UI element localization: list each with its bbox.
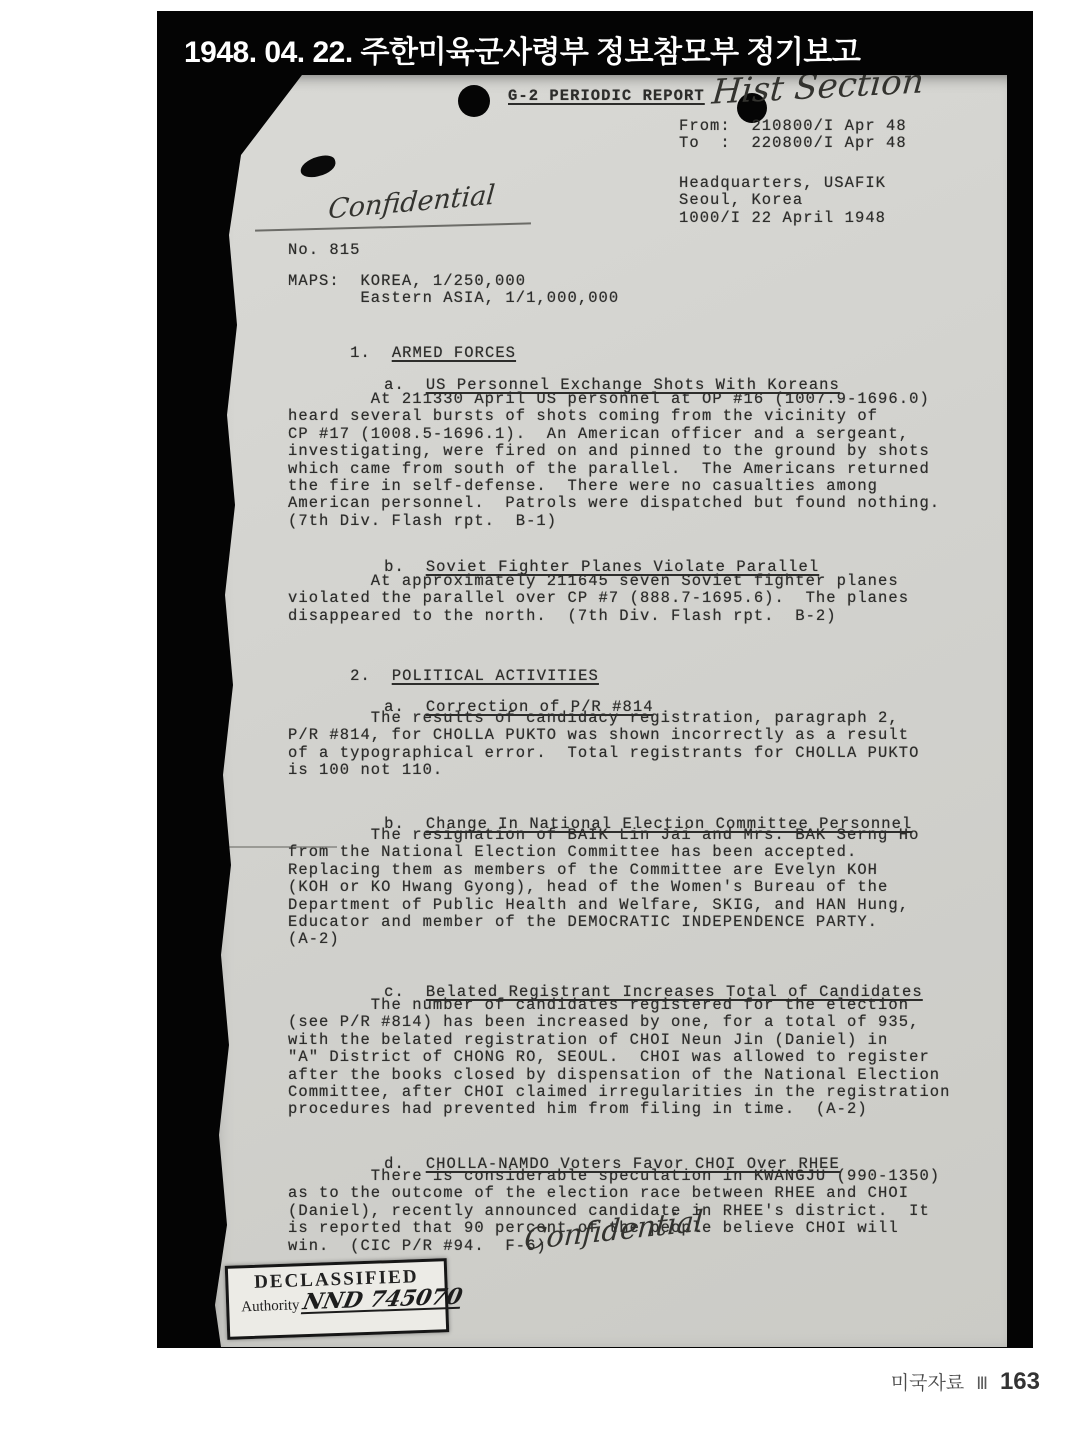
- strike-line: [255, 222, 531, 231]
- item-2c-body: The number of candidates registered for …: [288, 997, 951, 1119]
- footer-page-number: 163: [1000, 1368, 1040, 1396]
- report-period: From: 210800/I Apr 48 To : 220800/I Apr …: [679, 118, 907, 153]
- declassified-stamp: DECLASSIFIED AuthorityNND 745070: [225, 1258, 449, 1340]
- document-caption: 1948. 04. 22. 주한미육군사령부 정보참모부 정기보고: [184, 27, 860, 71]
- item-1b-body: At approximately 211645 seven Soviet fig…: [288, 573, 909, 625]
- stamp-authority-label: Authority: [241, 1297, 300, 1315]
- report-title: G-2 PERIODIC REPORT: [508, 88, 705, 105]
- footer-source-label: 미국자료: [891, 1368, 964, 1395]
- item-2a-body: The results of candidacy registration, p…: [288, 710, 919, 780]
- ink-blot-icon: [298, 153, 338, 180]
- paper-crease: [207, 846, 337, 848]
- footer-volume-numeral: Ⅲ: [976, 1374, 988, 1394]
- maps-reference: MAPS: KOREA, 1/250,000 Eastern ASIA, 1/1…: [288, 273, 619, 308]
- page-footer: 미국자료 Ⅲ 163: [891, 1368, 1040, 1396]
- stamp-authority-value-handwritten: NND 745070: [301, 1287, 464, 1315]
- item-1a-body: At 211330 April US personnel at OP #16 (…: [288, 391, 940, 530]
- paper-page: G-2 PERIODIC REPORT Hist Section From: 2…: [207, 75, 1007, 1347]
- handwritten-classification-top: Confidential: [327, 180, 496, 226]
- report-number: No. 815: [288, 242, 360, 259]
- issuing-headquarters: Headquarters, USAFIK Seoul, Korea 1000/I…: [679, 175, 886, 227]
- item-2b-body: The resignation of BAIK Lin Jai and Mrs.…: [288, 827, 919, 949]
- scanned-document: 1948. 04. 22. 주한미육군사령부 정보참모부 정기보고 G-2 PE…: [157, 11, 1033, 1348]
- punch-hole-icon: [458, 85, 490, 117]
